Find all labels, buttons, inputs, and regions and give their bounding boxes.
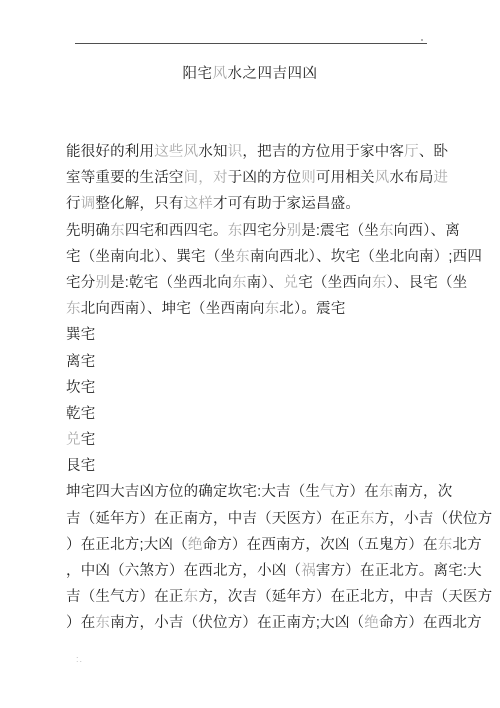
- text-segment: 风: [213, 66, 228, 82]
- text-segment: 命方）在西南方，次凶（五鬼方）在: [203, 537, 438, 553]
- text-segment: 害方）在正北方。离宅:大: [316, 563, 482, 579]
- text-segment: 气: [320, 484, 335, 500]
- text-segment: 宅（坐南向北）、巽宅（坐: [66, 249, 235, 265]
- text-line: 艮宅: [66, 453, 438, 479]
- text-segment: 四宅分: [242, 223, 286, 239]
- text-segment: 南方，小吉（伏位方）在正南方;大凶（: [110, 615, 364, 631]
- text-line: 宅（坐南向北）、巽宅（坐东南向西北）、坎宅（坐北向南）;西四: [66, 244, 438, 270]
- text-segment: 兑: [66, 432, 81, 448]
- text-segment: 四宅和西四宅。: [125, 223, 228, 239]
- text-line: 兑宅: [66, 427, 438, 453]
- text-segment: 方，次吉（延年方）在正北方，中吉（天医方: [198, 589, 492, 605]
- text-line: 坎宅: [66, 375, 438, 401]
- text-line: 巽宅: [66, 322, 438, 348]
- text-segment: 坤宅四大吉凶方位的确定坎宅:大吉（生: [66, 484, 320, 500]
- text-line: 能很好的利用这些风水知识，把吉的方位用于家中客厅、卧: [66, 139, 438, 165]
- text-segment: 东: [265, 301, 280, 317]
- text-segment: 才可有助于家运昌盛。: [213, 196, 360, 212]
- page-title: 阳宅风水之四吉四凶: [0, 62, 500, 83]
- text-segment: 北向西南）、坤宅（坐西南向: [81, 301, 265, 317]
- text-segment: 北）。震宅: [279, 301, 345, 317]
- text-segment: 别: [95, 275, 110, 291]
- text-line: ）在东南方，小吉（伏位方）在正南方;大凶（绝命方）在西北方: [66, 610, 438, 636]
- text-segment: 、卧: [419, 144, 448, 160]
- text-line: 乾宅: [66, 401, 438, 427]
- text-line: 行调整化解，只有这样才可有助于家运昌盛。: [66, 191, 438, 217]
- text-segment: 可用相关: [316, 170, 375, 186]
- text-line: ，中凶（六煞方）在西北方，小凶（祸害方）在正北方。离宅:大: [66, 558, 438, 584]
- text-line: 室等重要的生活空间，对于凶的方位则可用相关风水布局进: [66, 165, 438, 191]
- text-segment: 东: [66, 301, 81, 317]
- text-segment: 乾宅: [66, 406, 95, 422]
- text-segment: 吉（生气方）在正: [66, 589, 184, 605]
- text-segment: 坎宅: [66, 380, 95, 396]
- document-page: 阳宅风水之四吉四凶 能很好的利用这些风水知识，把吉的方位用于家中客厅、卧室等重要…: [0, 0, 500, 708]
- text-segment: 这样: [184, 196, 213, 212]
- text-segment: 宅: [81, 432, 96, 448]
- text-line: 宅分别是:乾宅（坐西北向东南）、兑宅（坐西向东）、艮宅（坐: [66, 270, 438, 296]
- text-segment: 巽宅: [66, 327, 95, 343]
- text-segment: 是:乾宅（坐西北向: [110, 275, 232, 291]
- text-segment: ）在: [66, 615, 95, 631]
- text-segment: 是:震宅（坐: [301, 223, 379, 239]
- text-segment: 北方: [452, 537, 481, 553]
- text-segment: 风: [375, 170, 390, 186]
- text-segment: ，把吉的方位用于家中客: [242, 144, 404, 160]
- text-segment: 东: [184, 589, 199, 605]
- text-segment: 东: [232, 275, 247, 291]
- text-segment: 室等重要的生活空: [66, 170, 184, 186]
- text-segment: 艮宅: [66, 458, 95, 474]
- text-segment: 宅（坐西向: [298, 275, 372, 291]
- text-line: 先明确东四宅和西四宅。东四宅分别是:震宅（坐东向西）、离: [66, 218, 438, 244]
- text-segment: 行: [66, 196, 81, 212]
- text-line: 东北向西南）、坤宅（坐西南向东北）。震宅: [66, 296, 438, 322]
- header-rule: [75, 43, 427, 44]
- text-segment: 东: [438, 537, 453, 553]
- text-segment: 东: [95, 615, 110, 631]
- text-segment: 东: [379, 484, 394, 500]
- text-segment: 南方，次: [394, 484, 453, 500]
- text-segment: 祸: [301, 563, 316, 579]
- text-segment: 南向西北）、坎宅（坐北向南）;西四: [250, 249, 482, 265]
- text-segment: 调: [81, 196, 96, 212]
- text-line: 吉（延年方）在正南方，中吉（天医方）在正东方，小吉（伏位方: [66, 506, 438, 532]
- text-segment: 这些风: [154, 144, 198, 160]
- text-segment: 东: [228, 223, 243, 239]
- text-segment: 东: [360, 511, 375, 527]
- text-segment: 东: [372, 275, 387, 291]
- text-segment: 东: [235, 249, 250, 265]
- text-segment: 吉（延年方）在正南方，中吉（天医方）在正: [66, 511, 360, 527]
- text-segment: 先明确: [66, 223, 110, 239]
- text-line: 吉（生气方）在正东方，次吉（延年方）在正北方，中吉（天医方: [66, 584, 438, 610]
- text-segment: 整化解，只有: [95, 196, 183, 212]
- text-segment: 绝: [364, 615, 379, 631]
- text-segment: 东: [110, 223, 125, 239]
- text-segment: 别: [287, 223, 302, 239]
- text-segment: 能很好的利用: [66, 144, 154, 160]
- text-segment: 于凶的方位: [228, 170, 302, 186]
- text-segment: ）、艮宅（坐: [386, 275, 467, 291]
- text-segment: 间，对: [184, 170, 228, 186]
- text-line: 离宅: [66, 349, 438, 375]
- text-segment: 绝: [188, 537, 203, 553]
- text-line: 坤宅四大吉凶方位的确定坎宅:大吉（生气方）在东南方，次: [66, 479, 438, 505]
- text-segment: 宅分: [66, 275, 95, 291]
- text-segment: 则: [301, 170, 316, 186]
- text-segment: 离宅: [66, 354, 95, 370]
- rule-artifact-dot: [421, 39, 423, 41]
- text-segment: 方）在: [335, 484, 379, 500]
- text-segment: 水之四吉四凶: [228, 66, 318, 82]
- text-segment: 方，小吉（伏位方: [375, 511, 493, 527]
- text-line: ）在正北方;大凶（绝命方）在西南方，次凶（五鬼方）在东北方: [66, 532, 438, 558]
- text-segment: 进: [434, 170, 449, 186]
- text-segment: 东: [379, 223, 394, 239]
- text-segment: 向西）、离: [394, 223, 460, 239]
- document-body: 能很好的利用这些风水知识，把吉的方位用于家中客厅、卧室等重要的生活空间，对于凶的…: [66, 139, 438, 637]
- text-segment: ）在正北方;大凶（: [66, 537, 188, 553]
- text-segment: 兑: [284, 275, 299, 291]
- text-segment: 水布局: [389, 170, 433, 186]
- footnote-mark: :.: [76, 654, 83, 664]
- text-segment: 命方）在西北方: [379, 615, 482, 631]
- text-segment: 水知: [198, 144, 227, 160]
- text-segment: 南）、: [247, 275, 284, 291]
- text-segment: 阳宅: [183, 66, 213, 82]
- text-segment: 厅: [404, 144, 419, 160]
- text-segment: 识: [228, 144, 243, 160]
- text-segment: ，中凶（六煞方）在西北方，小凶（: [66, 563, 301, 579]
